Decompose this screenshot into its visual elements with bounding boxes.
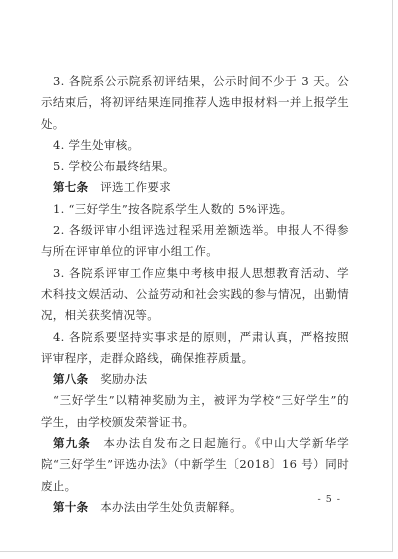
article-title: 奖励办法 [88,372,147,386]
heading-article-8: 第八条 奖励办法 [41,369,349,390]
para-article-10: 第十条 本办法由学生处负责解释。 [41,497,349,518]
page-number: - 5 - [317,494,341,505]
para-rule-1: 1. “三好学生”按各院系学生人数的 5%评选。 [41,199,349,220]
para-reward: “三好学生”以精神奖励为主，被评为学校“三好学生”的学生，由学校颁发荣誉证书。 [41,390,349,433]
para-publicity-results: 3. 各院系公示院系初评结果，公示时间不少于 3 天。公示结束后，将初评结果连同… [41,71,349,135]
document-body: 3. 各院系公示院系初评结果，公示时间不少于 3 天。公示结束后，将初评结果连同… [41,71,349,518]
para-final-results: 5. 学校公布最终结果。 [41,156,349,177]
heading-article-7: 第七条 评选工作要求 [41,177,349,198]
para-student-affairs-review: 4. 学生处审核。 [41,135,349,156]
article-title: 评选工作要求 [88,180,171,194]
document-page: 3. 各院系公示院系初评结果，公示时间不少于 3 天。公示结束后，将初评结果连同… [0,0,393,552]
para-text: 2. 各级评审小组评选过程采用差额选举。申报人不得参与所在评审单位的评审小组工作… [41,223,349,258]
article-number: 第七条 [53,180,88,194]
para-text: 本办法由学生处负责解释。 [88,500,241,514]
para-article-9: 第九条 本办法自发布之日起施行。《中山大学新华学院“三好学生”评选办法》（中新学… [41,433,349,497]
article-number: 第十条 [53,500,88,514]
para-text: 3. 各院系公示院系初评结果，公示时间不少于 3 天。公示结束后，将初评结果连同… [41,74,349,131]
para-rule-2: 2. 各级评审小组评选过程采用差额选举。申报人不得参与所在评审单位的评审小组工作… [41,220,349,263]
para-text: 5. 学校公布最终结果。 [53,159,175,173]
para-rule-3: 3. 各院系评审工作应集中考核申报人思想教育活动、学术科技文娱活动、公益劳动和社… [41,263,349,327]
para-text: “三好学生”以精神奖励为主，被评为学校“三好学生”的学生，由学校颁发荣誉证书。 [41,393,349,428]
para-text: 1. “三好学生”按各院系学生人数的 5%评选。 [53,202,292,216]
para-text: 4. 各院系要坚持实事求是的原则，严肃认真，严格按照评审程序，走群众路线，确保推… [41,330,349,365]
para-text: 3. 各院系评审工作应集中考核申报人思想教育活动、学术科技文娱活动、公益劳动和社… [41,266,349,323]
para-rule-4: 4. 各院系要坚持实事求是的原则，严肃认真，严格按照评审程序，走群众路线，确保推… [41,327,349,370]
para-text: 4. 学生处审核。 [53,138,139,152]
article-number: 第八条 [53,372,88,386]
article-number: 第九条 [53,436,91,450]
